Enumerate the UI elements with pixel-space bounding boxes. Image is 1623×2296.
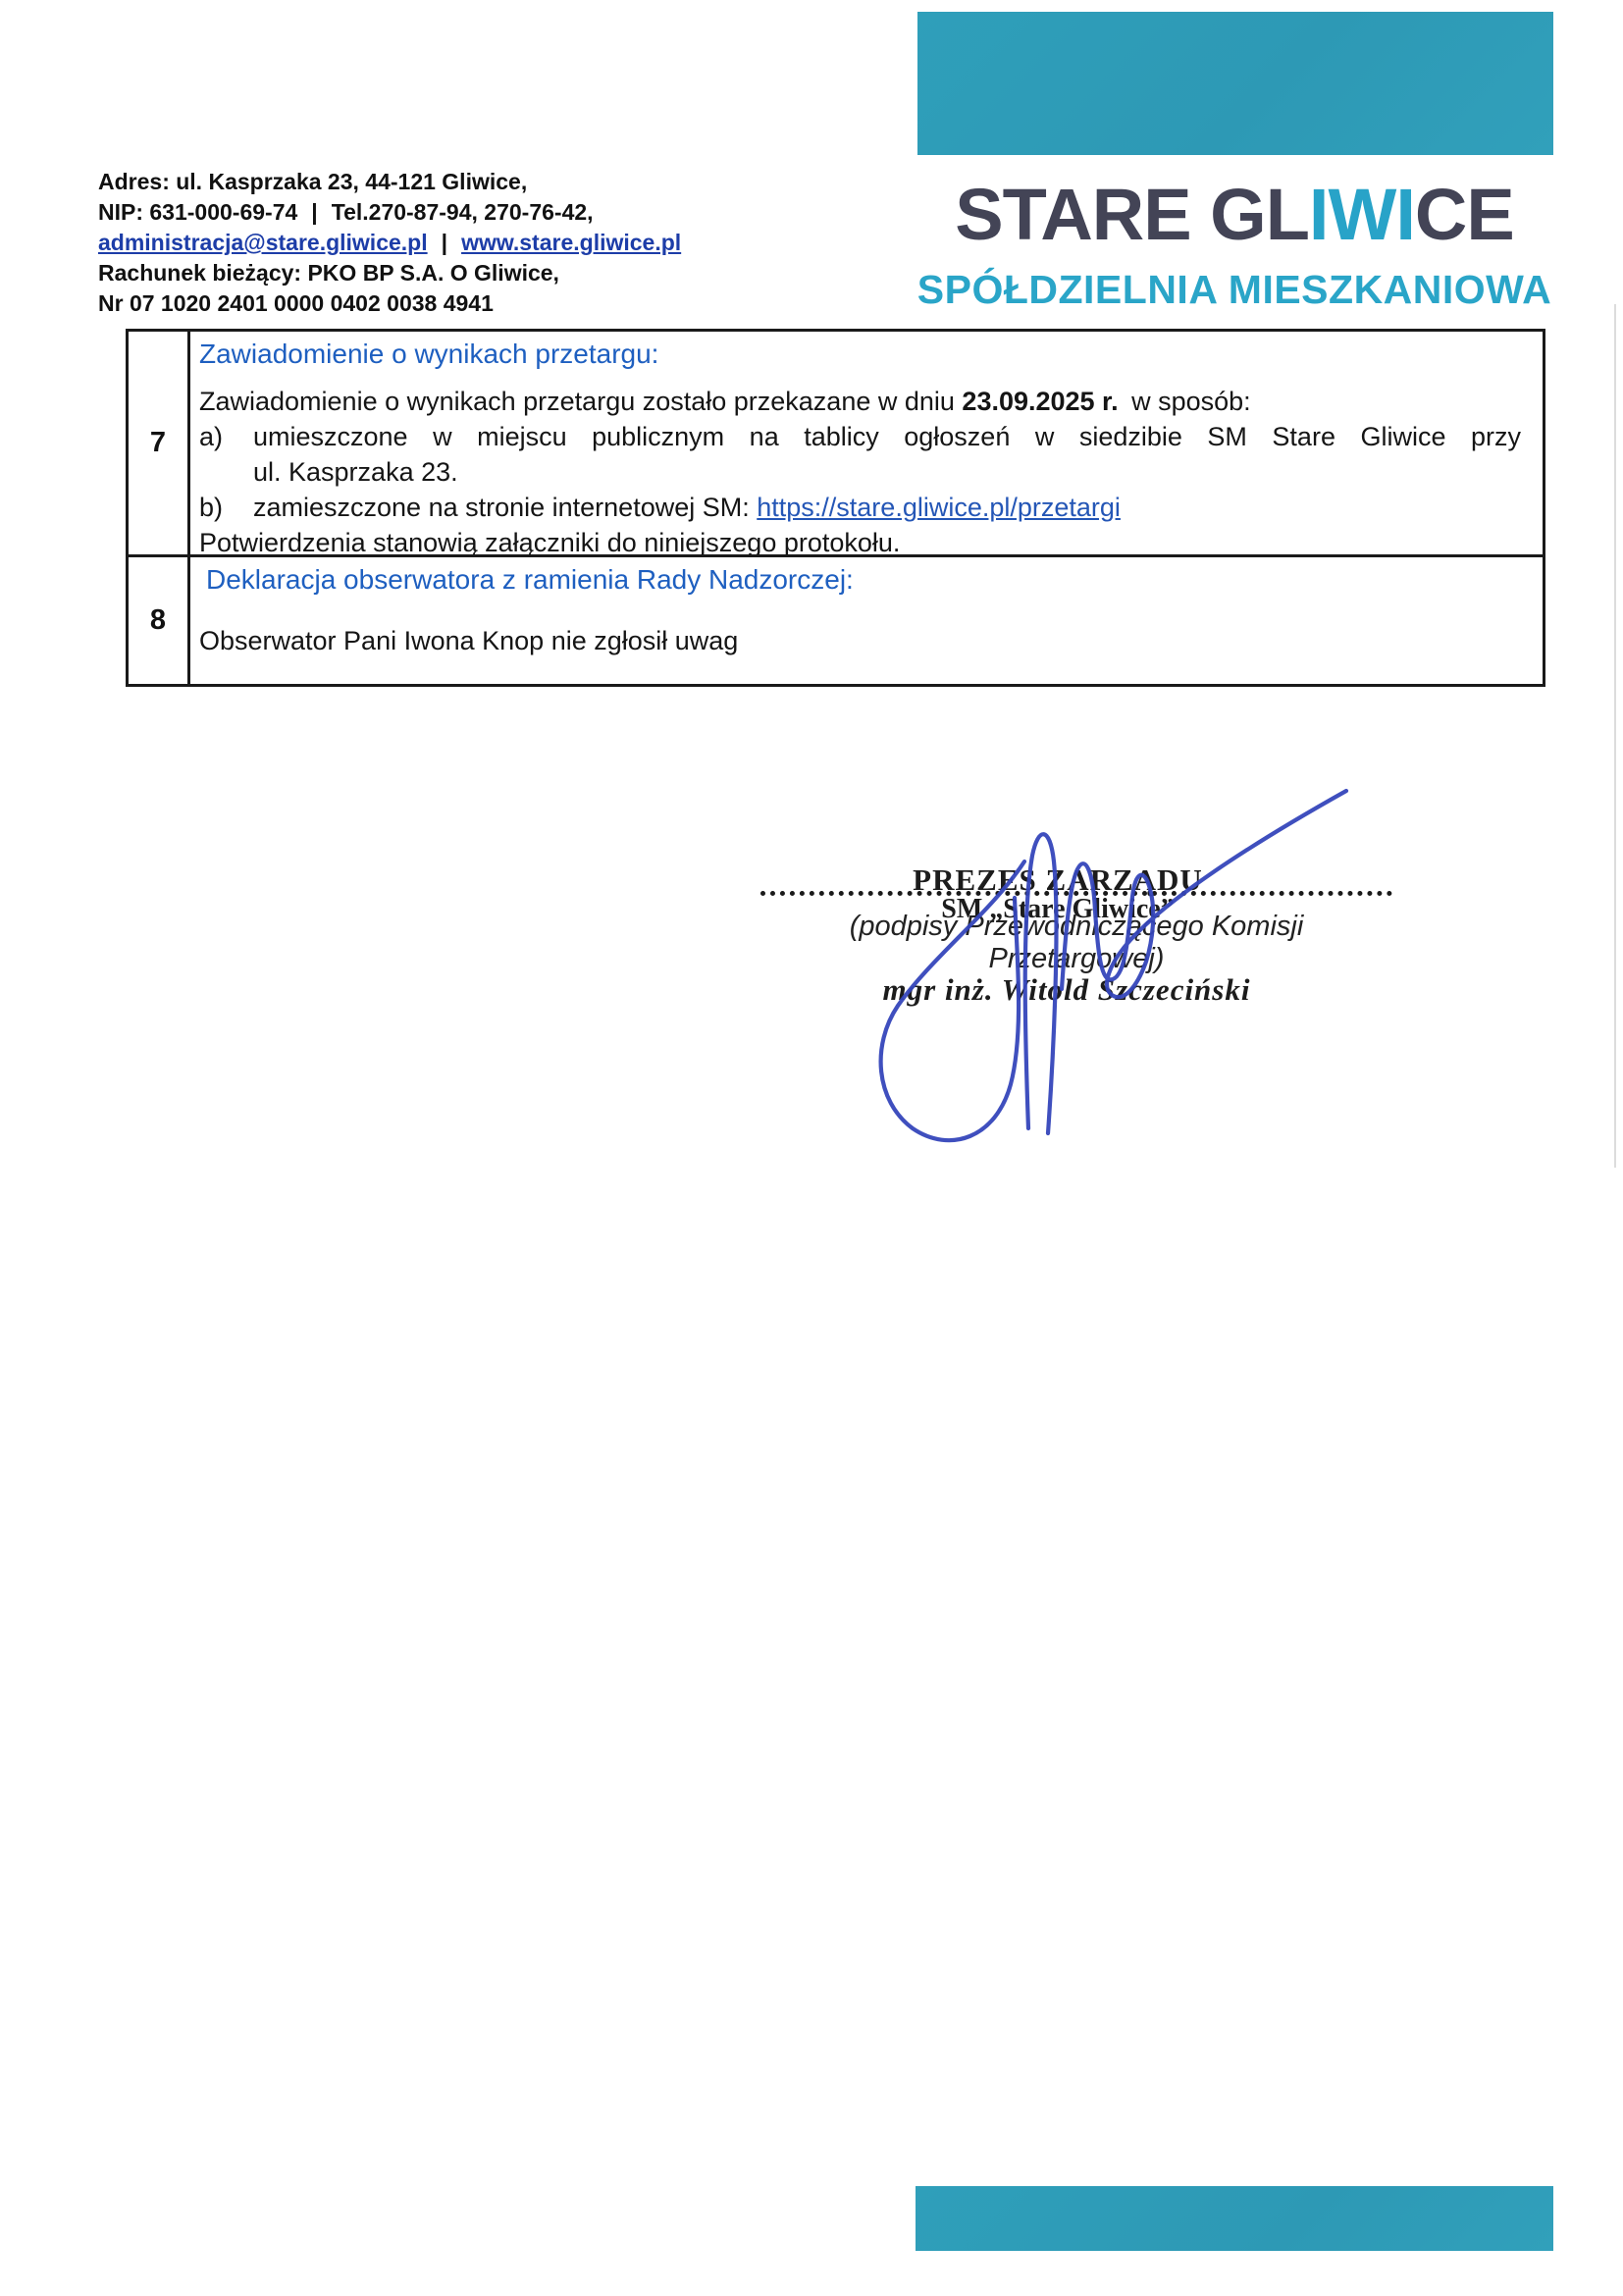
address-line-street: Adres: ul. Kasprzaka 23, 44-121 Gliwice, [98,167,746,197]
row-7-item-b: b)zamieszczone na stronie internetowej S… [199,490,1521,525]
sender-address-block: Adres: ul. Kasprzaka 23, 44-121 Gliwice,… [98,167,746,319]
footer-teal-bar [916,2186,1553,2251]
tel-value: Tel.270-87-94, 270-76-42, [332,199,594,225]
row-7-title: Zawiadomienie o wynikach przetargu: [199,338,1521,371]
intro-suffix: w sposób: [1125,387,1251,416]
logo-subtitle: SPÓŁDZIELNIA MIESZKANIOWA [913,267,1556,313]
logo-title-part1: STARE GL [955,174,1309,255]
address-line-links: administracja@stare.gliwice.pl|www.stare… [98,228,746,258]
logo-teal-bar [917,12,1553,155]
nip-value: NIP: 631-000-69-74 [98,199,297,225]
row-7-intro: Zawiadomienie o wynikach przetargu zosta… [199,384,1521,419]
scan-edge-artifact [1614,304,1616,1168]
item-a-label: a) [199,419,223,454]
item-b-label: b) [199,490,223,525]
handwritten-signature [854,775,1384,1163]
item-a-line1: umieszczone w miejscu publicznym na tabl… [253,419,1521,454]
separator-pipe: | [311,199,317,225]
row-8-body: Obserwator Pani Iwona Knop nie zgłosił u… [190,623,1521,658]
row-7-content: Zawiadomienie o wynikach przetargu: Zawi… [190,332,1543,554]
intro-date: 23.09.2025 r. [962,387,1118,416]
row-number: 7 [129,332,190,554]
address-line-account: Nr 07 1020 2401 0000 0402 0038 4941 [98,288,746,319]
row-number: 8 [129,557,190,684]
table-row-8: 8 Deklaracja obserwatora z ramienia Rady… [129,557,1543,684]
row-8-content: Deklaracja obserwatora z ramienia Rady N… [190,557,1543,684]
intro-prefix: Zawiadomienie o wynikach przetargu zosta… [199,387,962,416]
scanned-document-page: Adres: ul. Kasprzaka 23, 44-121 Gliwice,… [0,0,1623,2296]
email-link[interactable]: administracja@stare.gliwice.pl [98,230,428,255]
protocol-table: 7 Zawiadomienie o wynikach przetargu: Za… [126,329,1545,687]
row-7-footer: Potwierdzenia stanowią załączniki do nin… [199,525,1521,554]
address-line-bank: Rachunek bieżący: PKO BP S.A. O Gliwice, [98,258,746,288]
address-line-nip-tel: NIP: 631-000-69-74|Tel.270-87-94, 270-76… [98,197,746,228]
row-8-title: Deklaracja obserwatora z ramienia Rady N… [206,563,1521,597]
item-b-text: zamieszczone na stronie internetowej SM: [253,493,757,522]
item-a-line2: ul. Kasprzaka 23. [253,454,1521,490]
logo-title-accent: IWI [1309,174,1415,255]
row-7-item-a: a) umieszczone w miejscu publicznym na t… [199,419,1521,490]
logo-title-part2: CE [1415,174,1514,255]
tender-results-link[interactable]: https://stare.gliwice.pl/przetargi [757,493,1121,522]
logo-title: STARE GLIWICE [913,173,1556,256]
separator-pipe: | [442,230,447,255]
table-row-7: 7 Zawiadomienie o wynikach przetargu: Za… [129,332,1543,557]
website-link[interactable]: www.stare.gliwice.pl [461,230,681,255]
